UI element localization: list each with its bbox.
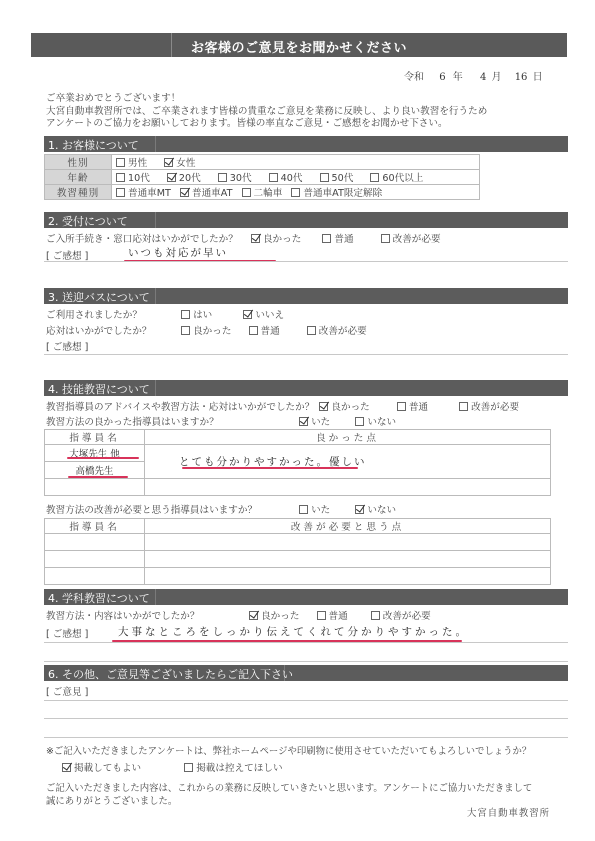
- checkbox-checked-icon[interactable]: [243, 310, 252, 319]
- classroom-question: 教習方法・内容はいかがでしたか？: [46, 608, 246, 622]
- section-3-header: 3. 送迎バスについて: [44, 288, 568, 304]
- good-point-cell[interactable]: [145, 479, 551, 496]
- option-label: 20代: [179, 173, 201, 184]
- closing-line-1: ご記入いただきました内容は、これからの業務に反映していきたいと思います。アンケー…: [46, 783, 532, 796]
- checkbox-instruction-good[interactable]: 良かった: [319, 399, 369, 413]
- checkbox-reception-needs-improvement[interactable]: 改善が必要: [381, 231, 441, 245]
- comment-line[interactable]: [44, 737, 568, 738]
- comment-line[interactable]: [44, 718, 568, 719]
- date-month-unit: 月: [492, 72, 502, 83]
- other-comment-label: [ ご意見 ]: [46, 684, 88, 698]
- checkbox-female[interactable]: 女性: [164, 155, 195, 169]
- good-instructor-question: 教習方法の良かった指導員はいますか？: [46, 414, 296, 428]
- checkbox-icon[interactable]: [459, 402, 468, 411]
- reception-comment[interactable]: いつも対応が早い: [128, 245, 228, 260]
- option-label: いた: [311, 417, 330, 428]
- form-title-bar: お客様のご意見をお聞かせください: [31, 33, 567, 57]
- option-label: 改善が必要: [471, 402, 519, 413]
- option-label: 普通: [334, 234, 353, 245]
- checkbox-bus-no[interactable]: いいえ: [243, 307, 284, 321]
- checkbox-bus-average[interactable]: 普通: [249, 323, 280, 337]
- gender-options: 男性 女性: [112, 155, 480, 170]
- option-label: 50代: [332, 173, 354, 184]
- checkbox-icon[interactable]: [116, 173, 125, 182]
- checkbox-bus-good[interactable]: 良かった: [181, 323, 231, 337]
- consent-options-row: 掲載してもよい 掲載は控えてほしい: [62, 760, 301, 774]
- table-row: [45, 568, 551, 585]
- option-label: 30代: [230, 173, 252, 184]
- table-row-age: 年齢 10代 20代 30代 40代 50代 60代以上: [45, 170, 480, 185]
- checkbox-10s[interactable]: 10代: [116, 170, 150, 184]
- table-header-row: 指導員名 改善が必要と思う点: [45, 519, 551, 534]
- date-year: 6: [439, 72, 445, 83]
- instructor-name-underline-1: [67, 457, 139, 459]
- classroom-question-row: 教習方法・内容はいかがでしたか？ 良かった 普通 改善が必要: [46, 608, 449, 622]
- instructor-name-cell[interactable]: [45, 568, 145, 585]
- checkbox-checked-icon[interactable]: [299, 417, 308, 426]
- closing-line-2: 誠にありがとうございました。: [46, 796, 532, 809]
- checkbox-icon[interactable]: [269, 173, 278, 182]
- checkbox-checked-icon[interactable]: [62, 763, 71, 772]
- checkbox-icon[interactable]: [116, 158, 125, 167]
- checkbox-icon[interactable]: [355, 417, 364, 426]
- checkbox-icon[interactable]: [370, 173, 379, 182]
- gender-label: 性別: [45, 155, 112, 170]
- good-point-cell[interactable]: とても分かりやすかった。優しい: [145, 445, 551, 479]
- instruction-question: 教習指導員のアドバイスや教習方法・応対はいかがでしたか？: [46, 402, 314, 413]
- checkbox-reception-average[interactable]: 普通: [322, 231, 353, 245]
- instructor-name-underline-2: [68, 476, 128, 478]
- section-header-divider: [155, 589, 156, 605]
- table-header-row: 指導員名 良かった点: [45, 430, 551, 445]
- course-label: 教習種別: [45, 185, 112, 200]
- checkbox-icon[interactable]: [381, 234, 390, 243]
- instructor-name-cell[interactable]: [45, 534, 145, 551]
- checkbox-consent-decline[interactable]: 掲載は控えてほしい: [184, 760, 282, 774]
- option-label: いない: [367, 505, 396, 516]
- option-label: 二輪車: [254, 188, 283, 199]
- age-label: 年齢: [45, 170, 112, 185]
- improvement-point-cell[interactable]: [145, 534, 551, 551]
- checkbox-checked-icon[interactable]: [319, 402, 328, 411]
- instructor-name-cell[interactable]: [45, 551, 145, 568]
- checkbox-icon[interactable]: [116, 188, 125, 197]
- instructor-name-cell[interactable]: [45, 479, 145, 496]
- date-era: 令和: [404, 72, 424, 83]
- table-row-gender: 性別 男性 女性: [45, 155, 480, 170]
- checkbox-icon[interactable]: [307, 326, 316, 335]
- checkbox-motorcycle[interactable]: 二輪車: [242, 185, 283, 199]
- table-row: [45, 551, 551, 568]
- instruction-question-row: 教習指導員のアドバイスや教習方法・応対はいかがでしたか？ 良かった 普通 改善が…: [46, 399, 537, 413]
- section-4-title: 4. 技能教習について: [48, 381, 150, 397]
- checkbox-mt[interactable]: 普通車MT: [116, 185, 171, 199]
- closing-text: ご記入いただきました内容は、これからの業務に反映していきたいと思います。アンケー…: [46, 783, 532, 808]
- section-header-divider: [155, 380, 156, 396]
- section-3-title: 3. 送迎バスについて: [48, 289, 150, 305]
- option-label: 男性: [128, 158, 147, 169]
- checkbox-instruction-average[interactable]: 普通: [397, 399, 428, 413]
- date-line: 令和 6 年 4 月 16 日: [404, 68, 543, 83]
- checkbox-checked-icon[interactable]: [355, 505, 364, 514]
- improvement-point-cell[interactable]: [145, 568, 551, 585]
- bus-use-question-row: ご利用されましたか？ はい いいえ: [46, 307, 302, 321]
- comment-line: [44, 261, 568, 262]
- date-day-unit: 日: [533, 72, 543, 83]
- good-point-underline: [182, 467, 358, 469]
- classroom-comment[interactable]: 大事なところをしっかり伝えてくれて分かりやすかった。: [118, 624, 469, 639]
- intro-text: ご卒業おめでとうございます！ 大宮自動車教習所では、ご卒業されます皆様の貴重なご…: [46, 93, 487, 131]
- column-header-instructor: 指導員名: [45, 430, 145, 445]
- section-2-title: 2. 受付について: [48, 213, 128, 229]
- checkbox-50s[interactable]: 50代: [320, 170, 354, 184]
- section-2-header: 2. 受付について: [44, 212, 568, 228]
- section-header-divider: [155, 136, 156, 152]
- checkbox-classroom-average[interactable]: 普通: [317, 608, 348, 622]
- checkbox-20s[interactable]: 20代: [167, 170, 201, 184]
- checkbox-bad-instructor-yes[interactable]: いた: [299, 502, 330, 516]
- bad-instructor-question: 教習方法の改善が必要と思う指導員はいますか？: [46, 502, 296, 516]
- option-label: いいえ: [255, 310, 284, 321]
- table-row: [45, 534, 551, 551]
- improvement-point-cell[interactable]: [145, 551, 551, 568]
- checkbox-consent-allow[interactable]: 掲載してもよい: [62, 760, 141, 774]
- checkbox-checked-icon[interactable]: [167, 173, 176, 182]
- customer-info-table: 性別 男性 女性 年齢 10代 20代 30代 40代 50代 60代以上 教習…: [44, 154, 480, 200]
- option-label: 改善が必要: [383, 611, 431, 622]
- option-label: 普通車AT限定解除: [303, 188, 382, 199]
- option-label: 普通: [409, 402, 428, 413]
- comment-line: [44, 354, 568, 355]
- good-instructor-table: 指導員名 良かった点 大塚先生 他 とても分かりやすかった。優しい 高橋先生: [44, 429, 551, 496]
- checkbox-icon[interactable]: [249, 326, 258, 335]
- section-1-title: 1. お客様について: [48, 137, 139, 153]
- section-5-title: 4. 学科教習について: [48, 590, 150, 606]
- table-row-course: 教習種別 普通車MT 普通車AT 二輪車 普通車AT限定解除: [45, 185, 480, 200]
- checkbox-icon[interactable]: [317, 611, 326, 620]
- checkbox-40s[interactable]: 40代: [269, 170, 303, 184]
- comment-line: [44, 661, 568, 662]
- option-label: 良かった: [261, 611, 299, 622]
- bus-service-question: 応対はいかがでしたか？: [46, 323, 178, 337]
- checkbox-icon[interactable]: [320, 173, 329, 182]
- checkbox-checked-icon[interactable]: [251, 234, 260, 243]
- checkbox-icon[interactable]: [371, 611, 380, 620]
- checkbox-classroom-needs-improvement[interactable]: 改善が必要: [371, 608, 431, 622]
- checkbox-icon[interactable]: [291, 188, 300, 197]
- good-instructor-question-row: 教習方法の良かった指導員はいますか？ いた いない: [46, 414, 414, 428]
- date-day: 16: [515, 72, 528, 83]
- checkbox-classroom-good[interactable]: 良かった: [249, 608, 299, 622]
- checkbox-icon[interactable]: [181, 310, 190, 319]
- option-label: 女性: [176, 158, 195, 169]
- checkbox-bad-instructor-no[interactable]: いない: [355, 502, 396, 516]
- form-title: お客様のご意見をお聞かせください: [31, 37, 567, 56]
- consent-question: ※ご記入いただきましたアンケートは、弊社ホームページや印刷物に使用させていただい…: [46, 746, 531, 759]
- checkbox-reception-good[interactable]: 良かった: [251, 231, 301, 245]
- section-4-header: 4. 技能教習について: [44, 380, 568, 396]
- bad-instructor-question-row: 教習方法の改善が必要と思う指導員はいますか？ いた いない: [46, 502, 414, 516]
- checkbox-at[interactable]: 普通車AT: [180, 185, 232, 199]
- reception-question: ご入所手続き・窓口応対はいかがでしたか？: [46, 234, 238, 245]
- checkbox-instruction-needs-improvement[interactable]: 改善が必要: [459, 399, 519, 413]
- checkbox-icon[interactable]: [397, 402, 406, 411]
- option-label: 改善が必要: [393, 234, 441, 245]
- table-row: [45, 479, 551, 496]
- option-label: 掲載してもよい: [74, 763, 141, 774]
- checkbox-bus-yes[interactable]: はい: [181, 307, 212, 321]
- option-label: 普通: [329, 611, 348, 622]
- section-header-divider: [155, 212, 156, 228]
- bus-comment-label: [ ご感想 ]: [46, 339, 88, 353]
- option-label: 10代: [128, 173, 150, 184]
- reception-comment-label: [ ご感想 ]: [46, 248, 88, 262]
- intro-line-2: 大宮自動車教習所では、ご卒業されます皆様の貴重なご意見を業務に反映し、より良い教…: [46, 106, 487, 119]
- bad-instructor-table: 指導員名 改善が必要と思う点: [44, 518, 551, 585]
- option-label: 掲載は控えてほしい: [196, 763, 282, 774]
- section-6-title: 6. その他、ご意見等ございましたらご記入下さい: [48, 666, 293, 682]
- checkbox-icon[interactable]: [299, 505, 308, 514]
- checkbox-30s[interactable]: 30代: [218, 170, 252, 184]
- column-header-instructor: 指導員名: [45, 519, 145, 534]
- classroom-comment-label: [ ご感想 ]: [46, 626, 88, 640]
- checkbox-60s-plus[interactable]: 60代以上: [370, 170, 423, 184]
- comment-line: [44, 642, 568, 643]
- intro-line-1: ご卒業おめでとうございます！: [46, 93, 487, 106]
- option-label: 60代以上: [382, 173, 423, 184]
- section-5-header: 4. 学科教習について: [44, 589, 568, 605]
- option-label: 40代: [281, 173, 303, 184]
- section-header-divider: [155, 288, 156, 304]
- bus-service-question-row: 応対はいかがでしたか？ 良かった 普通 改善が必要: [46, 323, 385, 337]
- column-header-improvement-point: 改善が必要と思う点: [145, 519, 551, 534]
- date-year-unit: 年: [453, 72, 463, 83]
- checkbox-bus-needs-improvement[interactable]: 改善が必要: [307, 323, 367, 337]
- section-6-header: 6. その他、ご意見等ございましたらご記入下さい: [44, 665, 568, 681]
- option-label: はい: [193, 310, 212, 321]
- comment-line[interactable]: [44, 700, 568, 701]
- course-options: 普通車MT 普通車AT 二輪車 普通車AT限定解除: [112, 185, 480, 200]
- option-label: 普通車AT: [192, 188, 232, 199]
- checkbox-good-instructor-yes[interactable]: いた: [299, 414, 330, 428]
- checkbox-at-limit-removal[interactable]: 普通車AT限定解除: [291, 185, 382, 199]
- intro-line-3: アンケートのご協力をお願いしております。皆様の率直なご意見・ご感想をお聞かせ下さ…: [46, 118, 487, 131]
- date-month: 4: [480, 72, 486, 83]
- checkbox-checked-icon[interactable]: [164, 158, 173, 167]
- checkbox-icon[interactable]: [184, 763, 193, 772]
- bus-use-question: ご利用されましたか？: [46, 307, 178, 321]
- section-2-question-row: ご入所手続き・窓口応対はいかがでしたか？ 良かった 普通 改善が必要: [46, 231, 459, 245]
- option-label: 良かった: [193, 326, 231, 337]
- column-header-good-point: 良かった点: [145, 430, 551, 445]
- age-options: 10代 20代 30代 40代 50代 60代以上: [112, 170, 480, 185]
- option-label: いない: [367, 417, 396, 428]
- checkbox-icon[interactable]: [218, 173, 227, 182]
- option-label: 普通: [261, 326, 280, 337]
- checkbox-icon[interactable]: [242, 188, 251, 197]
- checkbox-icon[interactable]: [181, 326, 190, 335]
- checkbox-good-instructor-no[interactable]: いない: [355, 414, 396, 428]
- section-1-header: 1. お客様について: [44, 136, 568, 152]
- option-label: いた: [311, 505, 330, 516]
- option-label: 改善が必要: [319, 326, 367, 337]
- option-label: 良かった: [263, 234, 301, 245]
- option-label: 良かった: [331, 402, 369, 413]
- checkbox-checked-icon[interactable]: [249, 611, 258, 620]
- checkbox-icon[interactable]: [322, 234, 331, 243]
- checkbox-male[interactable]: 男性: [116, 155, 147, 169]
- option-label: 普通車MT: [128, 188, 171, 199]
- signature: 大宮自動車教習所: [467, 808, 550, 821]
- checkbox-checked-icon[interactable]: [180, 188, 189, 197]
